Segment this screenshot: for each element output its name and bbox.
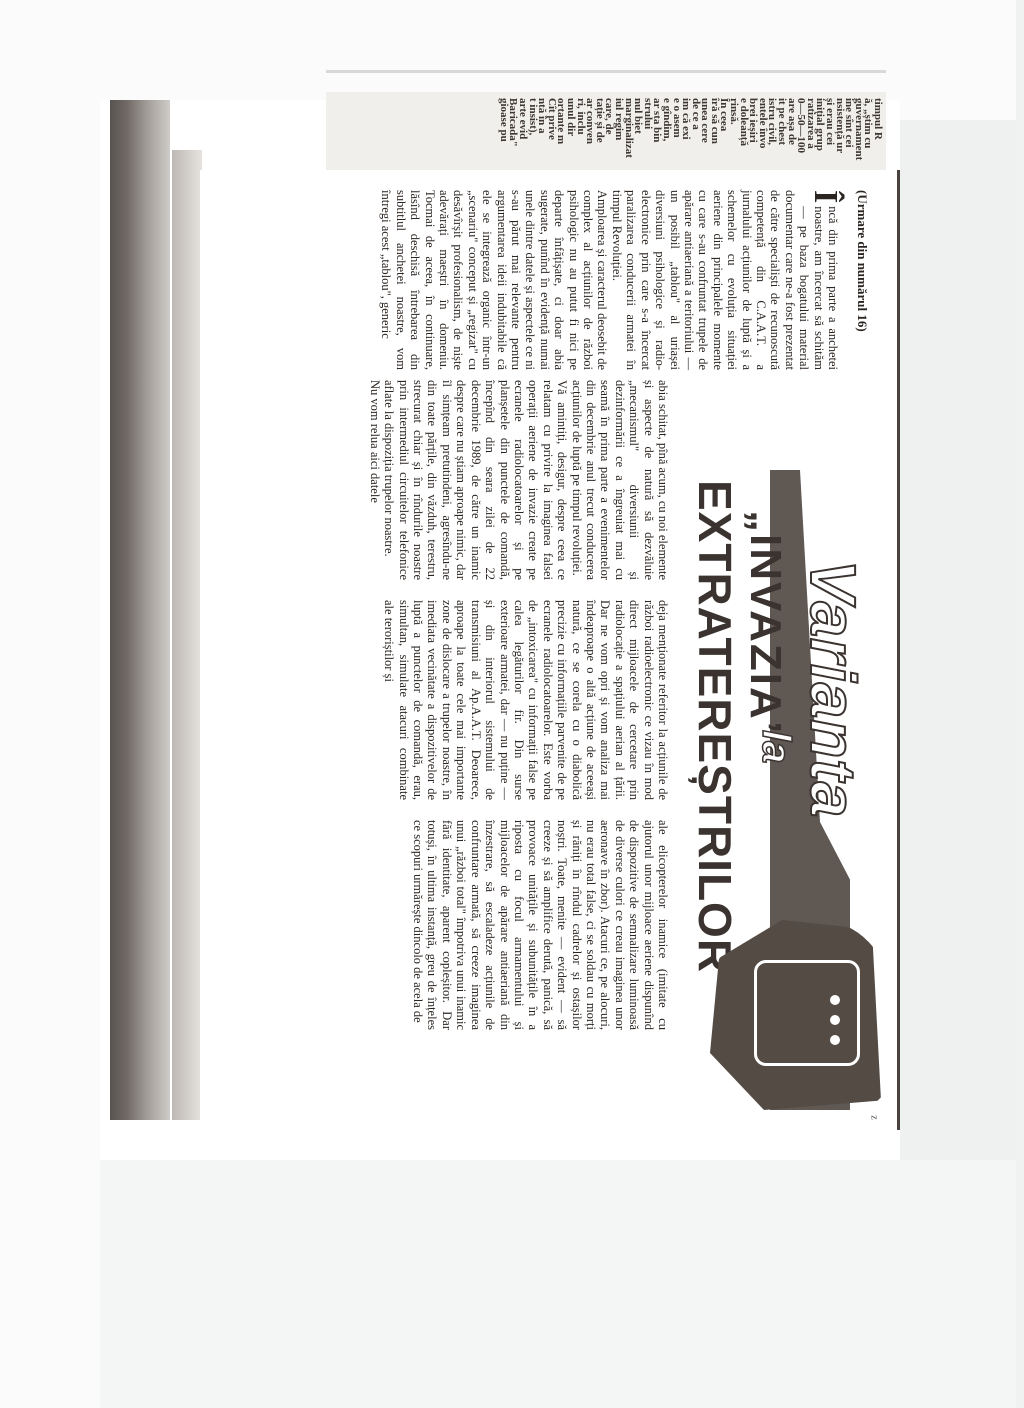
illustration-dot (830, 1035, 840, 1045)
headline-la: la (753, 730, 798, 763)
illustration-detail (754, 960, 860, 1066)
dark-fold-strip (110, 100, 170, 1120)
scanner-background (884, 120, 1016, 1170)
illustration-dot (830, 1015, 840, 1025)
article-column-3: deja menționate referitor la acțiunile d… (200, 600, 670, 800)
column-1-text: ncă din prima parte a anchetei noastre, … (379, 190, 840, 370)
article-column-1: Încă din prima parte a anchetei noastre,… (200, 190, 840, 370)
illustration-dot (830, 995, 840, 1005)
continuation-note: (Urmare din numărul 16) (854, 190, 870, 332)
drop-cap: Î (810, 190, 840, 203)
headline-line2: „INVAZIA” (740, 510, 790, 745)
page-mark: z (869, 1115, 880, 1119)
article-container: (Urmare din numărul 16) Varianta „INVAZI… (200, 170, 900, 1130)
article-column-2: abia schitat, pînă acum, cu noi elemente… (200, 380, 670, 580)
scanner-edge (1016, 0, 1024, 1408)
headline-line1: Varianta (796, 560, 870, 818)
alien-aircraft-illustration-icon (690, 900, 900, 1130)
article-column-4: ale elicopterelor inamice (imitate cu aj… (200, 820, 670, 1030)
scanner-background-bottom (100, 1160, 1016, 1408)
scan-shadow (326, 70, 886, 73)
fold-shadow (172, 150, 202, 1120)
article: (Urmare din numărul 16) Varianta „INVAZI… (200, 170, 900, 1130)
